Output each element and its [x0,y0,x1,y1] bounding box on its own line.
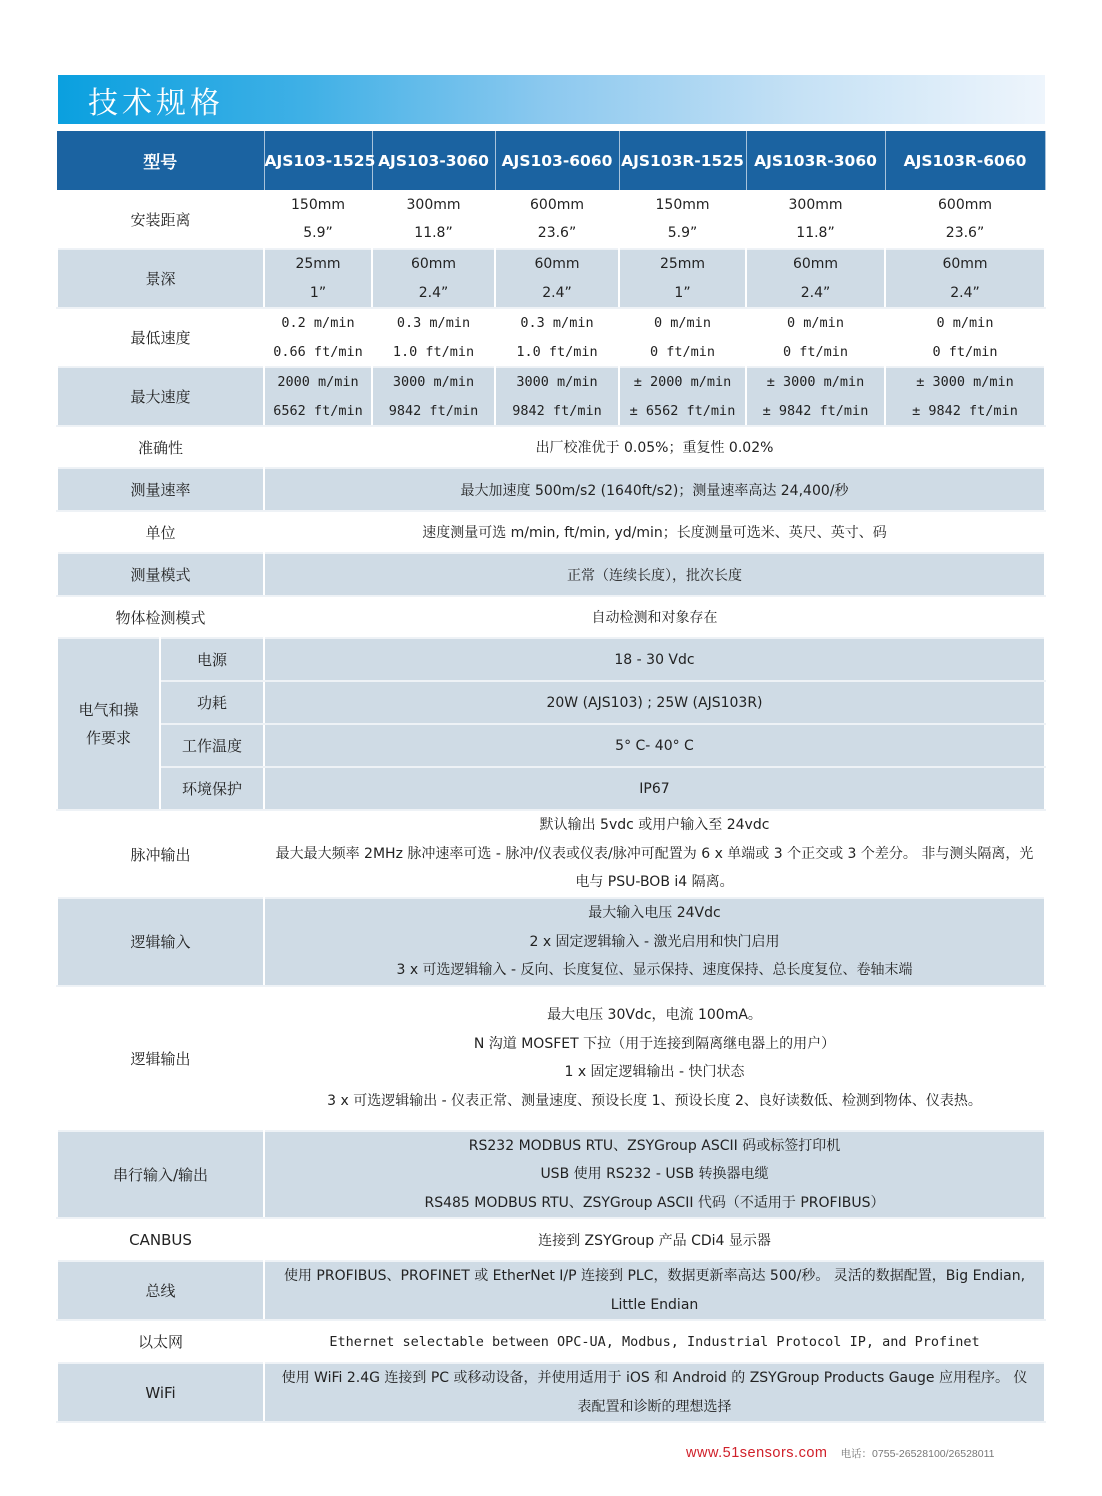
value-imperial: 9842 ft/min [496,397,618,426]
sub-row-label: 电源 [160,638,264,681]
value-metric: 0.2 m/min [265,309,371,338]
value-line: 2 x 固定逻辑输入 - 激光启用和快门启用 [275,928,1034,957]
value-imperial: 11.8” [747,219,884,248]
table-row-measurement-rate: 测量速率 最大加速度 500m/s2 (1640ft/s2)；测量速率高达 24… [57,468,1045,511]
row-value: 18 - 30 Vdc [264,638,1045,681]
value-metric: 150mm [620,191,745,220]
phone-number: 电话：0755-26528100/26528011 [841,1448,995,1460]
value-metric: 0 m/min [886,309,1044,338]
table-row-depth-of-field: 景深 25mm1” 60mm2.4” 60mm2.4” 25mm1” 60mm2… [57,249,1045,308]
value-imperial: 5.9” [620,219,745,248]
table-row-pulse-output: 脉冲输出 默认输出 5vdc 或用户输入至 24vdc 最大最大频率 2MHz … [57,810,1045,898]
value-metric: 150mm [265,191,371,220]
value-imperial: ± 9842 ft/min [747,397,884,426]
row-value: 使用 PROFIBUS、PROFINET 或 EtherNet I/P 连接到 … [264,1261,1045,1320]
cell: 25mm1” [264,249,372,308]
value-imperial: 2.4” [747,279,884,308]
cell: ± 2000 m/min± 6562 ft/min [619,367,746,426]
table-row-environmental-protection: 环境保护 IP67 [57,767,1045,810]
table-row-wifi: WiFi 使用 WiFi 2.4G 连接到 PC 或移动设备，并使用适用于 iO… [57,1363,1045,1422]
cell: 25mm1” [619,249,746,308]
row-label: WiFi [57,1363,264,1422]
value-metric: 3000 m/min [373,368,494,397]
value-line: 1 x 固定逻辑输出 - 快门状态 [275,1058,1034,1087]
value-imperial: 23.6” [496,219,618,248]
cell: 3000 m/min9842 ft/min [372,367,495,426]
table-row-logic-input: 逻辑输入 最大输入电压 24Vdc 2 x 固定逻辑输入 - 激光启用和快门启用… [57,898,1045,986]
model-header: 型号 [57,131,264,190]
sub-row-label: 工作温度 [160,724,264,767]
value-metric: ± 3000 m/min [886,368,1044,397]
row-value: 速度测量可选 m/min, ft/min, yd/min；长度测量可选米、英尺、… [264,511,1045,553]
value-imperial: 0 ft/min [747,338,884,367]
row-label: 最大速度 [57,367,264,426]
row-value: IP67 [264,767,1045,810]
value-line: 最大输入电压 24Vdc [275,899,1034,928]
cell: 0 m/min0 ft/min [619,308,746,367]
row-label: 安装距离 [57,190,264,249]
cell: ± 3000 m/min± 9842 ft/min [746,367,885,426]
value-imperial: 11.8” [373,219,494,248]
value-metric: 60mm [886,250,1044,279]
cell: 0 m/min0 ft/min [885,308,1045,367]
row-label: 以太网 [57,1320,264,1363]
value-metric: 600mm [496,191,618,220]
row-label: 脉冲输出 [57,810,264,898]
value-imperial: 6562 ft/min [265,397,371,426]
table-row-canbus: CANBUS 连接到 ZSYGroup 产品 CDi4 显示器 [57,1218,1045,1261]
cell: 300mm11.8” [746,190,885,249]
cell: 600mm23.6” [495,190,619,249]
cell: 600mm23.6” [885,190,1045,249]
value-imperial: 2.4” [373,279,494,308]
row-label: 物体检测模式 [57,596,264,638]
value-line: 最大最大频率 2MHz 脉冲速率可选 - 脉冲/仪表或仪表/脉冲可配置为 6 x… [275,840,1034,897]
row-value: 正常（连续长度），批次长度 [264,553,1045,596]
value-imperial: 0 ft/min [620,338,745,367]
value-line: 3 x 可选逻辑输出 - 仪表正常、测量速度、预设长度 1、预设长度 2、良好读… [275,1087,1034,1116]
row-label: 景深 [57,249,264,308]
model-col-1: AJS103-1525 [264,131,372,190]
cell: 0.3 m/min1.0 ft/min [372,308,495,367]
cell: 150mm5.9” [619,190,746,249]
table-row-fieldbus: 总线 使用 PROFIBUS、PROFINET 或 EtherNet I/P 连… [57,1261,1045,1320]
row-value: 最大加速度 500m/s2 (1640ft/s2)；测量速率高达 24,400/… [264,468,1045,511]
model-col-4: AJS103R-1525 [619,131,746,190]
model-col-5: AJS103R-3060 [746,131,885,190]
value-line: 最大电压 30Vdc，电流 100mA。 [275,1001,1034,1030]
table-row-power-consumption: 功耗 20W (AJS103) ; 25W (AJS103R) [57,681,1045,724]
cell: 0 m/min0 ft/min [746,308,885,367]
value-metric: ± 3000 m/min [747,368,884,397]
table-row-units: 单位 速度测量可选 m/min, ft/min, yd/min；长度测量可选米、… [57,511,1045,553]
cell: 2000 m/min6562 ft/min [264,367,372,426]
row-label: 逻辑输入 [57,898,264,986]
value-metric: 0 m/min [747,309,884,338]
row-value: 5° C- 40° C [264,724,1045,767]
cell: 150mm5.9” [264,190,372,249]
value-metric: 300mm [373,191,494,220]
value-imperial: ± 6562 ft/min [620,397,745,426]
row-value: Ethernet selectable between OPC-UA, Modb… [264,1320,1045,1363]
table-row-power-supply: 电气和操 作要求 电源 18 - 30 Vdc [57,638,1045,681]
row-value: 20W (AJS103) ; 25W (AJS103R) [264,681,1045,724]
table-row-accuracy: 准确性 出厂校准优于 0.05%；重复性 0.02% [57,426,1045,468]
row-label: 测量速率 [57,468,264,511]
row-value: 默认输出 5vdc 或用户输入至 24vdc 最大最大频率 2MHz 脉冲速率可… [264,810,1045,898]
model-col-2: AJS103-3060 [372,131,495,190]
cell: 60mm2.4” [372,249,495,308]
value-metric: 60mm [496,250,618,279]
value-metric: 600mm [886,191,1044,220]
value-imperial: 2.4” [496,279,618,308]
value-metric: 25mm [620,250,745,279]
value-metric: ± 2000 m/min [620,368,745,397]
cell: 300mm11.8” [372,190,495,249]
value-imperial: 1.0 ft/min [373,338,494,367]
value-metric: 0.3 m/min [496,309,618,338]
row-value: 使用 WiFi 2.4G 连接到 PC 或移动设备，并使用适用于 iOS 和 A… [264,1363,1045,1422]
value-line: RS485 MODBUS RTU、ZSYGroup ASCII 代码（不适用于 … [275,1189,1034,1218]
model-col-6: AJS103R-6060 [885,131,1045,190]
value-metric: 300mm [747,191,884,220]
table-row-measurement-mode: 测量模式 正常（连续长度），批次长度 [57,553,1045,596]
value-metric: 60mm [747,250,884,279]
table-row-ethernet: 以太网 Ethernet selectable between OPC-UA, … [57,1320,1045,1363]
value-line: USB 使用 RS232 - USB 转换器电缆 [275,1160,1034,1189]
row-label: 串行输入/输出 [57,1131,264,1219]
cell: 3000 m/min9842 ft/min [495,367,619,426]
value-imperial: 9842 ft/min [373,397,494,426]
value-imperial: 23.6” [886,219,1044,248]
value-imperial: ± 9842 ft/min [886,397,1044,426]
section-banner: 技术规格 [58,75,1045,124]
cell: 0.3 m/min1.0 ft/min [495,308,619,367]
electrical-group-label: 电气和操 作要求 [57,638,160,810]
section-title: 技术规格 [88,78,224,122]
row-label: 逻辑输出 [57,986,264,1131]
value-line: RS232 MODBUS RTU、ZSYGroup ASCII 码或标签打印机 [275,1132,1034,1161]
value-imperial: 1” [620,279,745,308]
website-link[interactable]: www.51sensors.com [686,1445,827,1461]
value-metric: 3000 m/min [496,368,618,397]
row-label: 测量模式 [57,553,264,596]
value-metric: 0 m/min [620,309,745,338]
row-value: RS232 MODBUS RTU、ZSYGroup ASCII 码或标签打印机 … [264,1131,1045,1219]
value-metric: 2000 m/min [265,368,371,397]
value-metric: 0.3 m/min [373,309,494,338]
value-line: 3 x 可选逻辑输入 - 反向、长度复位、显示保持、速度保持、总长度复位、卷轴末… [275,956,1034,985]
table-header-row: 型号 AJS103-1525 AJS103-3060 AJS103-6060 A… [57,131,1045,190]
table-row-min-speed: 最低速度 0.2 m/min0.66 ft/min 0.3 m/min1.0 f… [57,308,1045,367]
table-row-serial-io: 串行输入/输出 RS232 MODBUS RTU、ZSYGroup ASCII … [57,1131,1045,1219]
table-row-object-detection: 物体检测模式 自动检测和对象存在 [57,596,1045,638]
value-imperial: 1” [265,279,371,308]
table-row-operating-temp: 工作温度 5° C- 40° C [57,724,1045,767]
row-value: 出厂校准优于 0.05%；重复性 0.02% [264,426,1045,468]
cell: ± 3000 m/min± 9842 ft/min [885,367,1045,426]
value-imperial: 1.0 ft/min [496,338,618,367]
cell: 0.2 m/min0.66 ft/min [264,308,372,367]
value-line: N 沟道 MOSFET 下拉（用于连接到隔离继电器上的用户） [275,1030,1034,1059]
row-label: 单位 [57,511,264,553]
cell: 60mm2.4” [885,249,1045,308]
row-label: 准确性 [57,426,264,468]
cell: 60mm2.4” [746,249,885,308]
table-row-logic-output: 逻辑输出 最大电压 30Vdc，电流 100mA。 N 沟道 MOSFET 下拉… [57,986,1045,1131]
row-label: 最低速度 [57,308,264,367]
row-value: 自动检测和对象存在 [264,596,1045,638]
value-imperial: 0 ft/min [886,338,1044,367]
row-label: CANBUS [57,1218,264,1261]
value-line: 默认输出 5vdc 或用户输入至 24vdc [275,811,1034,840]
row-value: 连接到 ZSYGroup 产品 CDi4 显示器 [264,1218,1045,1261]
group-label-line: 电气和操 [58,696,159,725]
value-imperial: 5.9” [265,219,371,248]
sub-row-label: 环境保护 [160,767,264,810]
spec-table: 型号 AJS103-1525 AJS103-3060 AJS103-6060 A… [56,131,1046,1423]
cell: 60mm2.4” [495,249,619,308]
table-row-install-distance: 安装距离 150mm5.9” 300mm11.8” 600mm23.6” 150… [57,190,1045,249]
value-metric: 60mm [373,250,494,279]
model-col-3: AJS103-6060 [495,131,619,190]
group-label-line: 作要求 [58,724,159,753]
row-value: 最大输入电压 24Vdc 2 x 固定逻辑输入 - 激光启用和快门启用 3 x … [264,898,1045,986]
row-label: 总线 [57,1261,264,1320]
footer: www.51sensors.com 电话：0755-26528100/26528… [686,1442,995,1461]
table-row-max-speed: 最大速度 2000 m/min6562 ft/min 3000 m/min984… [57,367,1045,426]
value-imperial: 2.4” [886,279,1044,308]
row-value: 最大电压 30Vdc，电流 100mA。 N 沟道 MOSFET 下拉（用于连接… [264,986,1045,1131]
sub-row-label: 功耗 [160,681,264,724]
value-imperial: 0.66 ft/min [265,338,371,367]
value-metric: 25mm [265,250,371,279]
